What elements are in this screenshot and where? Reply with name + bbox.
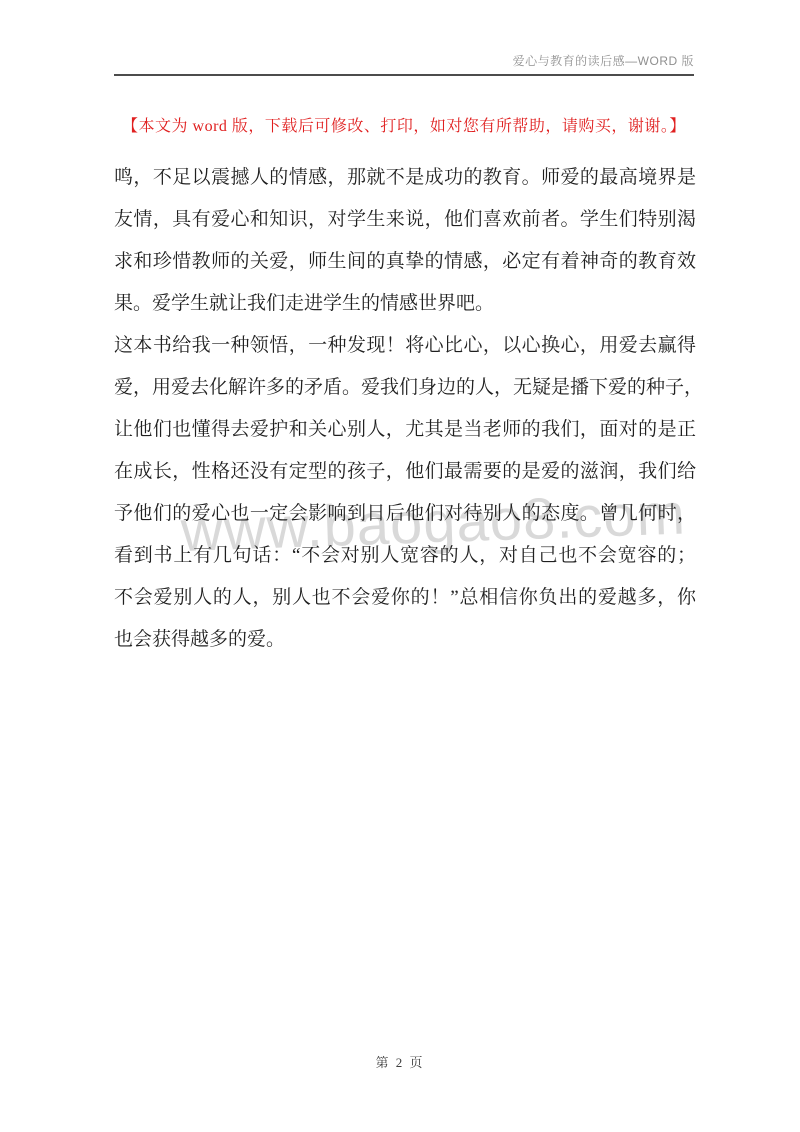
paragraph-2: 这本书给我一种领悟，一种发现！将心比心，以心换心，用爱去赢得 爱，用爱去化解许多… — [114, 325, 696, 661]
body-line: 也会获得越多的爱。 — [114, 619, 696, 661]
body-line: 让他们也懂得去爱护和关心别人，尤其是当老师的我们，面对的是正 — [114, 409, 696, 451]
body-line: 予他们的爱心也一定会影响到日后他们对待别人的态度。曾几何时， — [114, 493, 696, 535]
purchase-notice: 【本文为 word 版，下载后可修改、打印，如对您有所帮助，请购买，谢谢。】 — [110, 114, 698, 140]
document-body: 鸣，不足以震撼人的情感，那就不是成功的教育。师爱的最高境界是 友情，具有爱心和知… — [114, 157, 696, 661]
body-line: 友情，具有爱心和知识，对学生来说，他们喜欢前者。学生们特别渴 — [114, 199, 696, 241]
body-line: 鸣，不足以震撼人的情感，那就不是成功的教育。师爱的最高境界是 — [114, 157, 696, 199]
body-line: 爱，用爱去化解许多的矛盾。爱我们身边的人，无疑是播下爱的种子， — [114, 367, 696, 409]
page-number: 第 2 页 — [375, 1055, 424, 1070]
body-line: 不会爱别人的人，别人也不会爱你的！”总相信你负出的爱越多，你 — [114, 577, 696, 619]
document-page: 爱心与教育的读后感—WORD 版 www.baogao8.com 【本文为 wo… — [0, 0, 800, 1132]
body-line: 在成长，性格还没有定型的孩子，他们最需要的是爱的滋润，我们给 — [114, 451, 696, 493]
page-header: 爱心与教育的读后感—WORD 版 — [114, 52, 694, 76]
page-footer: 第 2 页 — [0, 1052, 800, 1071]
body-line: 这本书给我一种领悟，一种发现！将心比心，以心换心，用爱去赢得 — [114, 325, 696, 367]
header-title: 爱心与教育的读后感—WORD 版 — [114, 52, 694, 70]
body-line: 求和珍惜教师的关爱，师生间的真挚的情感，必定有着神奇的教育效 — [114, 241, 696, 283]
body-line: 看到书上有几句话：“不会对别人宽容的人，对自己也不会宽容的； — [114, 535, 696, 577]
body-line: 果。爱学生就让我们走进学生的情感世界吧。 — [114, 283, 696, 325]
paragraph-1: 鸣，不足以震撼人的情感，那就不是成功的教育。师爱的最高境界是 友情，具有爱心和知… — [114, 157, 696, 325]
header-rule-divider — [114, 74, 694, 76]
